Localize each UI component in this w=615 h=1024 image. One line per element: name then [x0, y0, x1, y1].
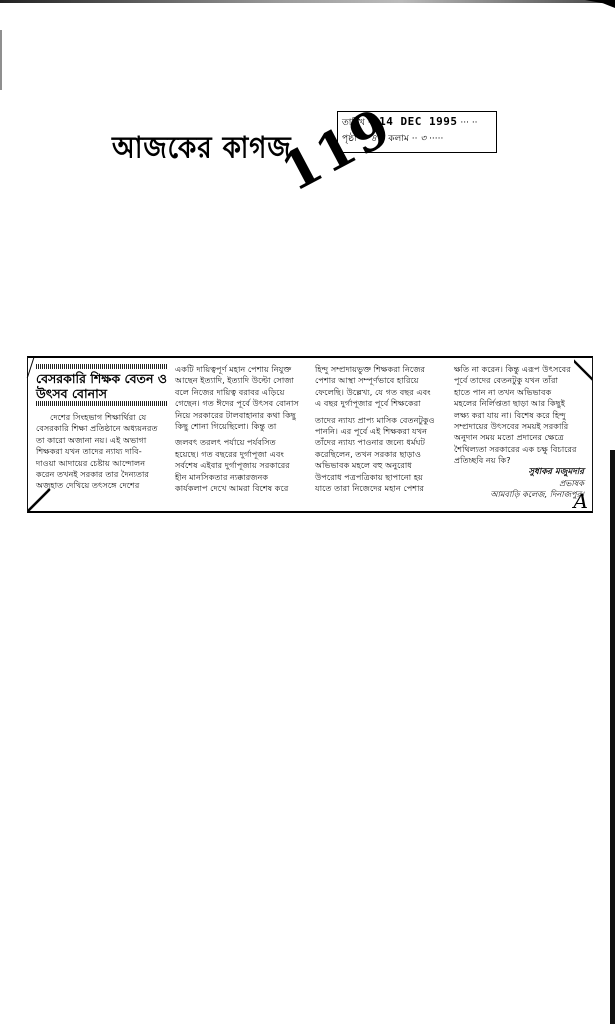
article-line: বেসরকারি শিক্ষা প্রতিষ্ঠানে অধ্যয়নরত [36, 423, 168, 434]
author-name: সুধাকর মজুমদার [454, 467, 584, 478]
article-line: হাতে পান না তখন অভিভাবক [454, 387, 584, 398]
headline-line-2: উৎসব বোনাস [36, 386, 168, 401]
article-line: শৈথিল্যতা সরকারের এক চক্ষু বিচারের [454, 444, 584, 455]
article-line: প্রতিচ্ছবি নয় কি? [454, 455, 584, 466]
article-column-3: হিন্দু সম্প্রদায়ভুক্ত শিক্ষকরা নিজের পে… [315, 364, 441, 494]
clip-corner-mark [28, 489, 50, 511]
article-signoff: সুধাকর মজুমদার প্রভাষক আমবাড়ি কলেজ, দিন… [454, 467, 584, 501]
article-line: হয়েছে। গত বছরের দুর্গাপূজা এবং [175, 449, 301, 460]
scan-right-edge-shadow [610, 450, 615, 1024]
article-line: এ বছর দুর্গাপূজার পূর্বে শিক্ষকেরা [315, 398, 441, 409]
article-line: ক্ষতি না করেন। কিন্তু এরূপ উৎসবের [454, 364, 584, 375]
article-line: তা কারো অজানা নয়। এই অভাগা [36, 435, 168, 446]
article-line: পাননি। এর পূর্বে এই শিক্ষকরা যখন [315, 426, 441, 437]
article-line: কার্যকলাপ দেখে আমরা বিশেষ করে [175, 483, 301, 494]
article-line: সর্বশেষ এইবার দুর্গাপূজায় সরকারের [175, 460, 301, 471]
article-line: নিয়ে সরকারের টালবাহানার কথা কিছু [175, 410, 301, 421]
article-column-1: বেসরকারি শিক্ষক বেতন ও উৎসব বোনাস দেশের … [36, 364, 168, 492]
article-line: পূর্বে তাদের বেতনটুকু যখন তাঁরা [454, 375, 584, 386]
article-line: অজুহাত দেখিয়ে তৎসঙ্গে দেশের [36, 480, 168, 491]
article-line: দাওয়া আদায়ের চেষ্টায় আন্দোলন [36, 458, 168, 469]
article-line: দেশের সিংহভাগ শিক্ষার্থিরা যে [36, 412, 168, 423]
article-line: জলবৎ তরলৎ পর্যায়ে পর্যবসিত [175, 437, 301, 448]
article-line: একটি দায়িত্বপূর্ণ মহান পেশায় নিযুক্ত [175, 364, 301, 375]
article-line: অনুদান সময় মতো প্রদানের ক্ষেত্রে [454, 432, 584, 443]
scan-top-edge [0, 0, 615, 3]
stamp-column-value: ৩ [420, 134, 426, 144]
article-line: হিন্দু সম্প্রদায়ভুক্ত শিক্ষকরা নিজের [315, 364, 441, 375]
article-line: শিক্ষকরা যখন তাদের ন্যায্য দাবি- [36, 446, 168, 457]
stamp-date-value: 14 DEC 1995 [379, 115, 457, 128]
article-column-2: একটি দায়িত্বপূর্ণ মহান পেশায় নিযুক্ত আ… [175, 364, 301, 494]
article-line: অভিভাবক মহলে বহু অনুরোধ [315, 460, 441, 471]
newspaper-clipping: A বেসরকারি শিক্ষক বেতন ও উৎসব বোনাস দেশে… [27, 356, 593, 513]
article-line: করেছিলেন, তখন সরকার ছাড়াও [315, 449, 441, 460]
headline-rule [36, 364, 168, 369]
newspaper-name: আজকের কাগজ [112, 124, 292, 175]
article-line: যাতে তারা নিজেদের মহান পেশার [315, 483, 441, 494]
article-line: পেশার আস্থা সম্পূর্ণভাবে হারিয়ে [315, 375, 441, 386]
article-line: হীন মানসিকতার ন্যক্কারজনক [175, 472, 301, 483]
article-line: তাঁদের ন্যায্য পাওনার জন্যে ধর্মঘট [315, 437, 441, 448]
article-line: বলে নিজের দায়িত্ব বরাবর এড়িয়ে [175, 387, 301, 398]
article-line: আছেন ইত্যাদি, ইত্যাদি উল্টো সোজা [175, 375, 301, 386]
article-line: সম্প্রদায়ের উৎসবের সময়ই সরকারি [454, 421, 584, 432]
scan-left-edge-shadow [0, 30, 2, 90]
headline-rule [36, 401, 168, 406]
article-line: উপরোধ পত্রপত্রিকায় ছাপানো হয় [315, 472, 441, 483]
article-column-4: ক্ষতি না করেন। কিন্তু এরূপ উৎসবের পূর্বে… [454, 364, 584, 501]
article-line: মহলের নির্লিপ্ততা ছাড়া আর কিছুই [454, 398, 584, 409]
article-line: লক্ষ্য করা যায় না। বিশেষ করে হিন্দু [454, 410, 584, 421]
headline-line-1: বেসরকারি শিক্ষক বেতন ও [36, 371, 168, 386]
article-line: গেছেন। গত ঈদের পূর্বে উৎসব বোনাস [175, 398, 301, 409]
article-line: তাদের ন্যায্য প্রাপ্য মাসিক বেতনটুকুও [315, 415, 441, 426]
author-affiliation: আমবাড়ি কলেজ, দিনাজপুর। [454, 489, 584, 500]
author-designation: প্রভাষক [454, 478, 584, 489]
article-line: করেন তখনই সরকার তার দৈন্যতার [36, 469, 168, 480]
article-line: কিছু শোনা গিয়েছিলো। কিন্তু তা [175, 421, 301, 432]
article-line: ফেলেছি। উল্লেখ্য, যে গত বছর এবং [315, 387, 441, 398]
